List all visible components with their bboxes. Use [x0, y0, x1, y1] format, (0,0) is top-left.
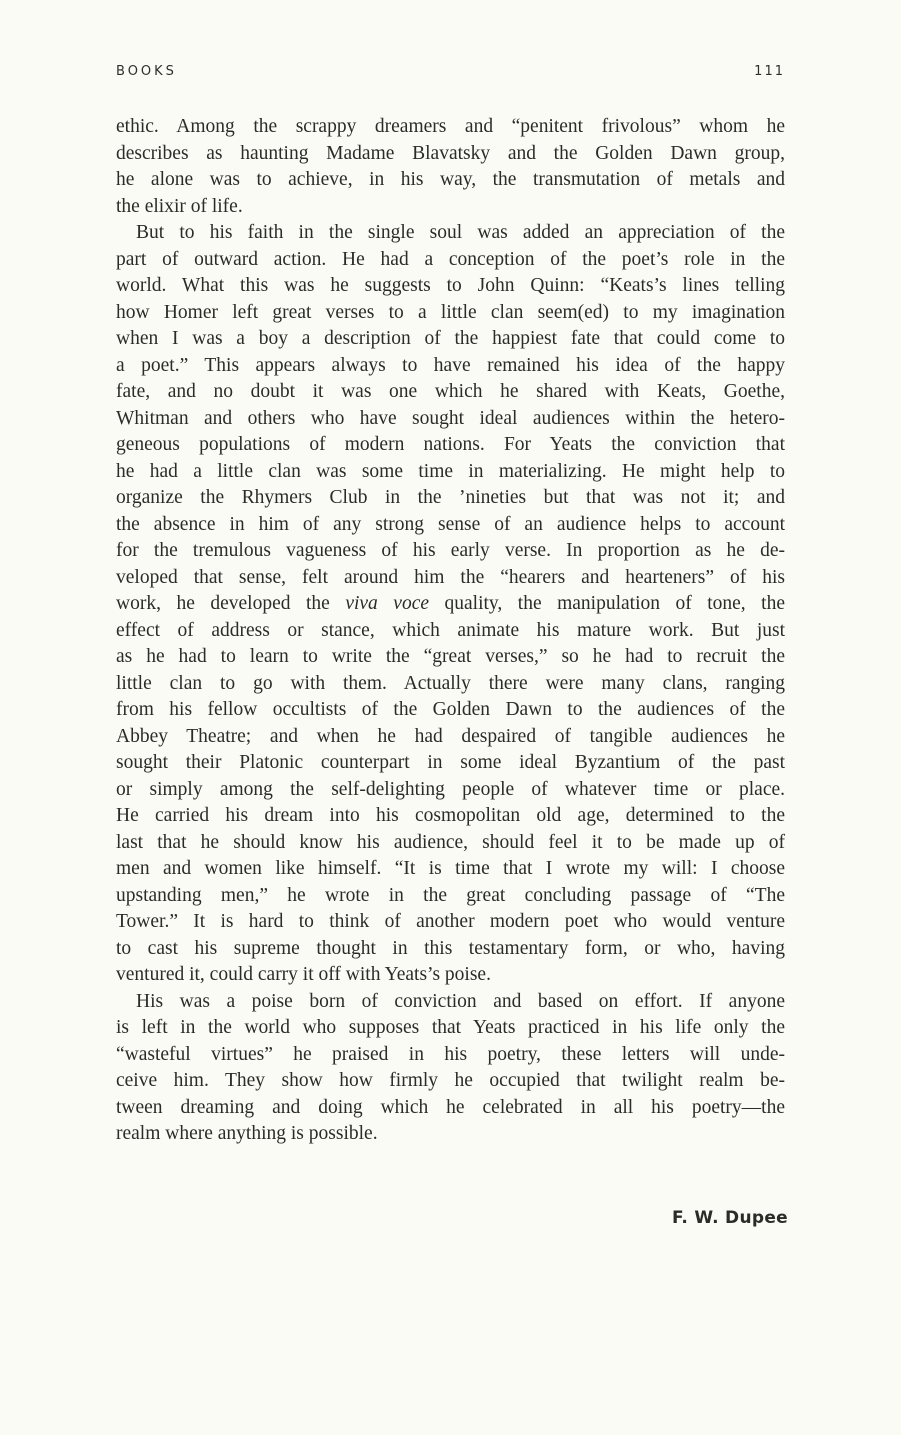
text-line: veloped that sense, felt around him the … [116, 565, 785, 592]
text-line: Whitman and others who have sought ideal… [116, 406, 785, 433]
paragraph-1: ethic. Among the scrappy dreamers and “p… [116, 114, 785, 220]
page-number: 111 [754, 64, 785, 79]
text-line: is left in the world who supposes that Y… [116, 1015, 785, 1042]
article-body: ethic. Among the scrappy dreamers and “p… [116, 114, 785, 1148]
text-line: upstanding men,” he wrote in the great c… [116, 883, 785, 910]
text-line: sought their Platonic counterpart in som… [116, 750, 785, 777]
paragraph-2: But to his faith in the single soul was … [116, 220, 785, 989]
text-line: for the tremulous vagueness of his early… [116, 538, 785, 565]
author-signature: F. W. Dupee [672, 1208, 788, 1228]
text-line: But to his faith in the single soul was … [116, 220, 785, 247]
text-line: ethic. Among the scrappy dreamers and “p… [116, 114, 785, 141]
text-line: Tower.” It is hard to think of another m… [116, 909, 785, 936]
text-line: effect of address or stance, which anima… [116, 618, 785, 645]
text-line: how Homer left great verses to a little … [116, 300, 785, 327]
text-line: or simply among the self-delighting peop… [116, 777, 785, 804]
running-head: BOOKS 111 [116, 64, 785, 79]
text-line: little clan to go with them. Actually th… [116, 671, 785, 698]
text-line: His was a poise born of conviction and b… [116, 989, 785, 1016]
text-segment: work, he developed the [116, 593, 345, 614]
text-line: to cast his supreme thought in this test… [116, 936, 785, 963]
text-line: men and women like himself. “It is time … [116, 856, 785, 883]
text-line: Abbey Theatre; and when he had despaired… [116, 724, 785, 751]
text-line: part of outward action. He had a concept… [116, 247, 785, 274]
text-line: fate, and no doubt it was one which he s… [116, 379, 785, 406]
text-line: organize the Rhymers Club in the ’nineti… [116, 485, 785, 512]
text-line: ventured it, could carry it off with Yea… [116, 962, 785, 989]
text-line: geneous populations of modern nations. F… [116, 432, 785, 459]
text-line: as he had to learn to write the “great v… [116, 644, 785, 671]
text-line: last that he should know his audience, s… [116, 830, 785, 857]
text-segment: quality, the manipulation of tone, the [429, 593, 785, 614]
text-line: ceive him. They show how firmly he occup… [116, 1068, 785, 1095]
text-line: when I was a boy a description of the ha… [116, 326, 785, 353]
text-line: he alone was to achieve, in his way, the… [116, 167, 785, 194]
paragraph-3: His was a poise born of conviction and b… [116, 989, 785, 1148]
section-title: BOOKS [116, 64, 177, 79]
text-line: world. What this was he suggests to John… [116, 273, 785, 300]
text-line: the absence in him of any strong sense o… [116, 512, 785, 539]
text-line: realm where anything is possible. [116, 1121, 785, 1148]
text-line: from his fellow occultists of the Golden… [116, 697, 785, 724]
text-line: a poet.” This appears always to have rem… [116, 353, 785, 380]
text-line-italic: work, he developed the viva voce quality… [116, 591, 785, 618]
text-line: He carried his dream into his cosmopolit… [116, 803, 785, 830]
text-line: “wasteful virtues” he praised in his poe… [116, 1042, 785, 1069]
text-line: he had a little clan was some time in ma… [116, 459, 785, 486]
text-line: describes as haunting Madame Blavatsky a… [116, 141, 785, 168]
text-line: tween dreaming and doing which he celebr… [116, 1095, 785, 1122]
text-line: the elixir of life. [116, 194, 785, 221]
italic-phrase: viva voce [345, 593, 429, 614]
